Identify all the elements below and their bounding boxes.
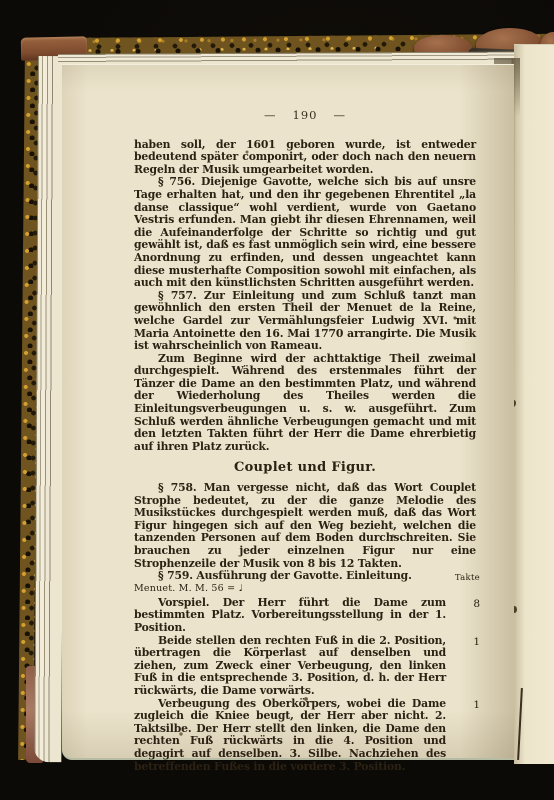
step-vorspiel-text: Vorspiel. Der Herr führt die Dame zum be… <box>134 596 446 634</box>
step-beide-stellen-text: Beide stellen den rechten Fuß in die 2. … <box>134 634 446 697</box>
running-head: — 190 — <box>134 109 476 122</box>
paragraph-757-continuation: Zum Beginne wird der achttaktige Theil z… <box>134 353 476 454</box>
running-head-dash-left: — <box>264 109 277 122</box>
text-block: — 190 — haben soll, der 1601 geboren wur… <box>134 109 476 773</box>
margin-column-label-takte: Takte <box>455 572 480 585</box>
step-verbeugung-text: Verbeugung des Oberkörpers, wobei die Da… <box>134 697 446 773</box>
book-page: — 190 — haben soll, der 1601 geboren wur… <box>62 64 514 760</box>
margin-note-takte-count: 8 <box>473 598 480 611</box>
paragraph-756: § 756. Diejenige Gavotte, welche sich bi… <box>134 176 476 289</box>
paragraph-759-heading: § 759. Ausführung der Gavotte. Einleitun… <box>134 570 476 583</box>
paragraph-759-heading-text: § 759. Ausführung der Gavotte. Einleitun… <box>158 569 412 582</box>
page-number: 190 <box>293 109 318 122</box>
paragraph-758: § 758. Man vergesse nicht, daß das Wort … <box>134 482 476 570</box>
foxing-specks <box>62 65 64 67</box>
margin-note-takte-count: 1 <box>473 636 480 649</box>
facing-page-sliver <box>514 44 554 764</box>
step-beide-stellen: Beide stellen den rechten Fuß in die 2. … <box>134 635 476 698</box>
step-verbeugung: Verbeugung des Oberkörpers, wobei die Da… <box>134 698 476 774</box>
running-head-dash-right: — <box>333 109 346 122</box>
photo-backdrop: — 190 — haben soll, der 1601 geboren wur… <box>0 0 554 800</box>
tempo-indication-line: Menuet. M. M. 56 = ♩ <box>134 583 476 595</box>
step-vorspiel: Vorspiel. Der Herr führt die Dame zum be… <box>134 597 476 635</box>
paragraph-755-continuation: haben soll, der 1601 geboren wurde, ist … <box>134 139 476 177</box>
margin-note-takte-count: 1 <box>473 699 480 712</box>
page-stack-edges-left <box>34 56 65 762</box>
paragraph-757: § 757. Zur Einleitung und zum Schluß tan… <box>134 290 476 353</box>
section-heading: Couplet und Figur. <box>134 462 476 475</box>
